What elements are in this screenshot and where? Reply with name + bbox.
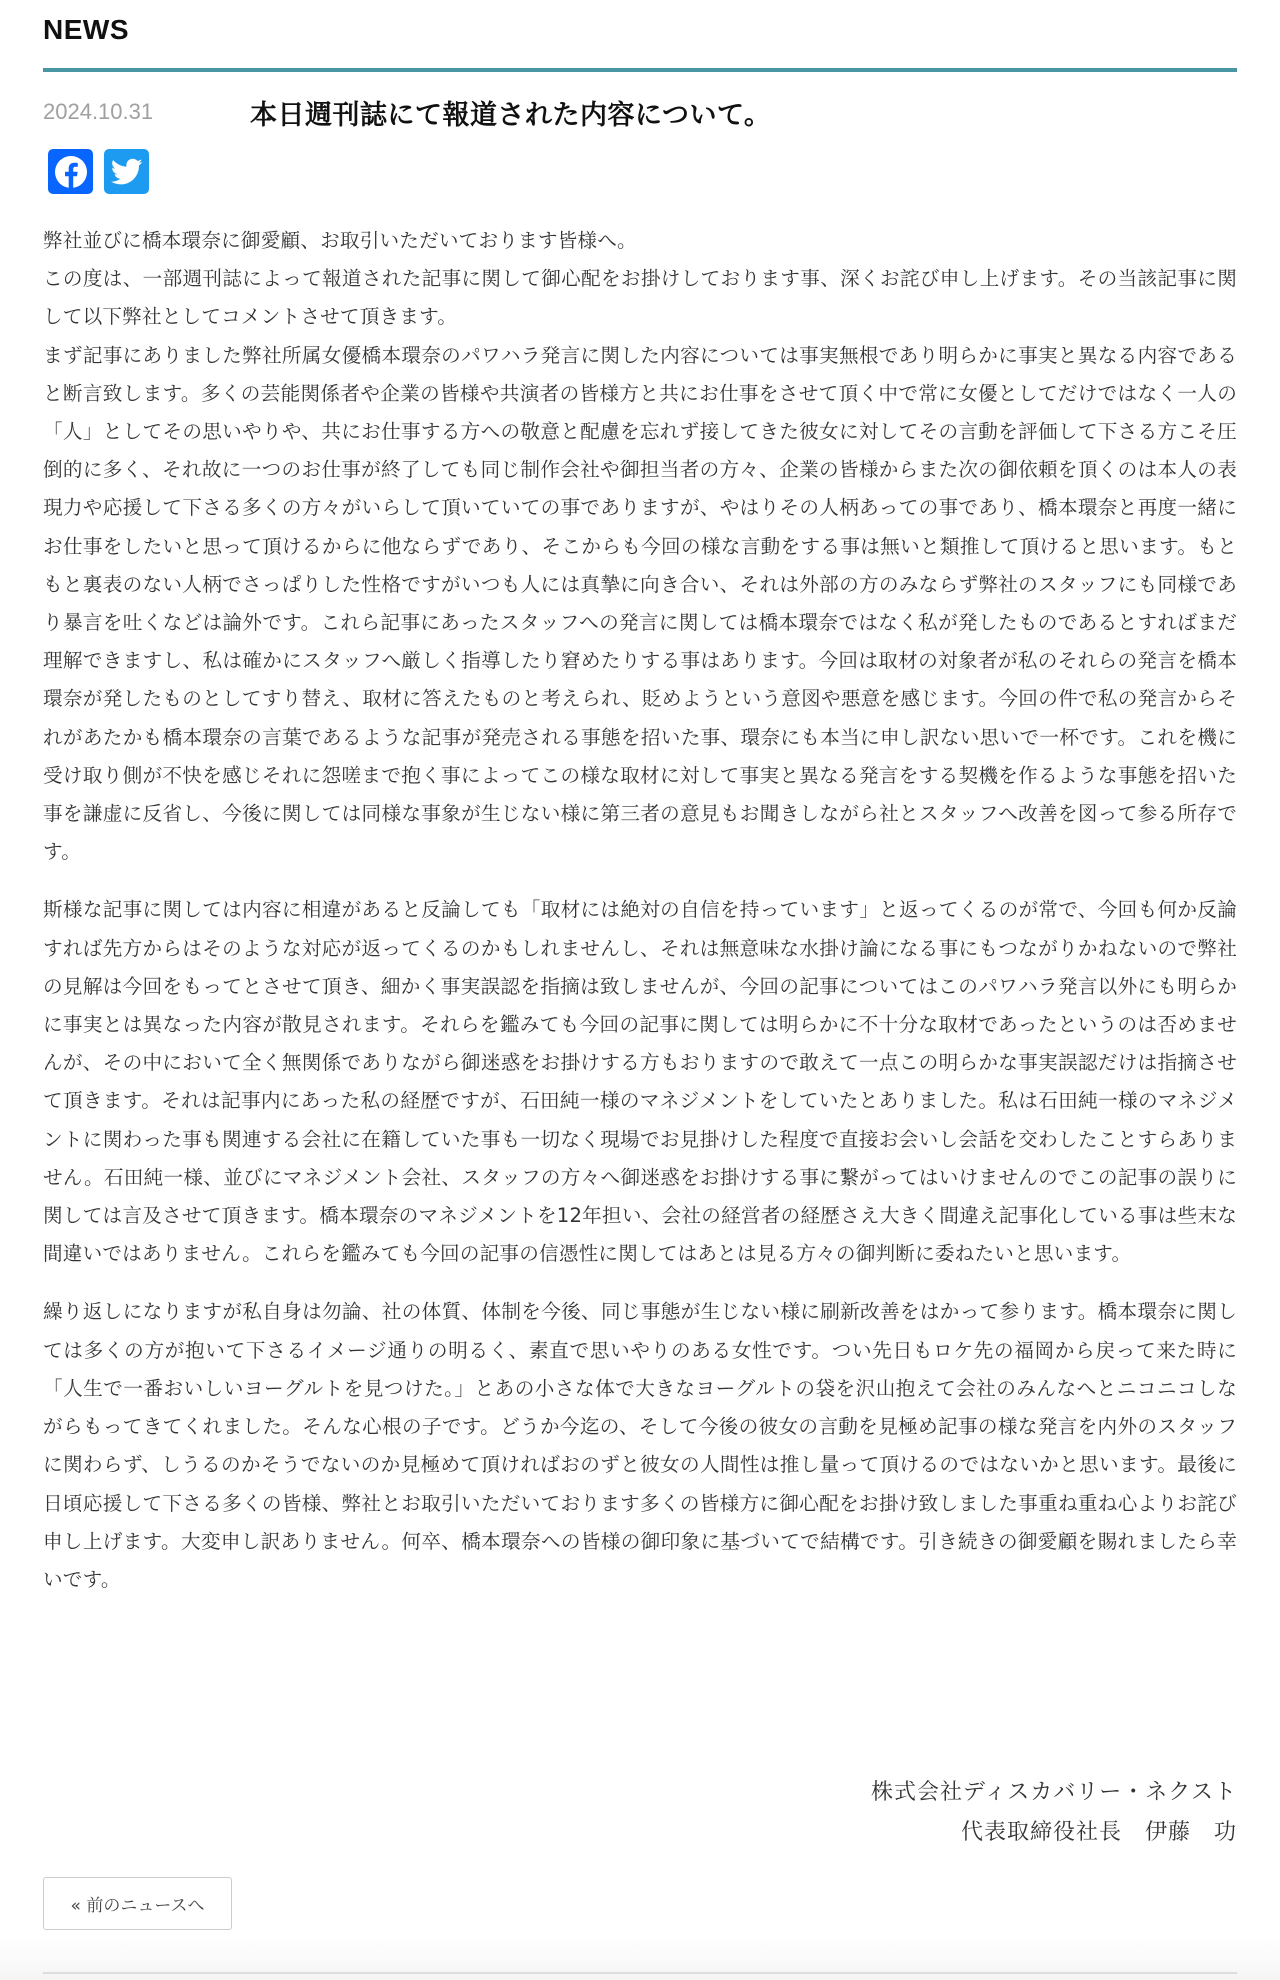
article-date: 2024.10.31: [43, 99, 250, 125]
share-buttons: [48, 149, 149, 194]
twitter-share-button[interactable]: [104, 149, 149, 194]
article-paragraph: 弊社並びに橋本環奈に御愛顧、お取引いただいております皆様へ。 この度は、一部週刊…: [43, 222, 1237, 871]
article-body: 弊社並びに橋本環奈に御愛顧、お取引いただいております皆様へ。 この度は、一部週刊…: [43, 222, 1237, 1619]
company-name: 株式会社ディスカバリー・ネクスト: [637, 1773, 1237, 1813]
article-paragraph: 繰り返しになりますが私自身は勿論、社の体質、体制を今後、同じ事態が生じない様に刷…: [43, 1293, 1237, 1599]
facebook-icon: [54, 155, 88, 189]
signatory-name: 代表取締役社長 伊藤 功: [637, 1813, 1237, 1853]
section-divider: [43, 68, 1237, 72]
article-headline: 本日週刊誌にて報道された内容について。: [250, 93, 771, 132]
twitter-icon: [111, 158, 143, 186]
facebook-share-button[interactable]: [48, 149, 93, 194]
signature-block: 株式会社ディスカバリー・ネクスト 代表取締役社長 伊藤 功: [637, 1773, 1237, 1853]
article-paragraph: 斯様な記事に関しては内容に相違があると反論しても「取材には絶対の自信を持っていま…: [43, 891, 1237, 1273]
section-title: NEWS: [43, 14, 129, 46]
article-header: 2024.10.31 本日週刊誌にて報道された内容について。: [43, 92, 1237, 132]
previous-news-button[interactable]: « 前のニュースへ: [43, 1877, 232, 1930]
footer-divider: [43, 1972, 1237, 1974]
